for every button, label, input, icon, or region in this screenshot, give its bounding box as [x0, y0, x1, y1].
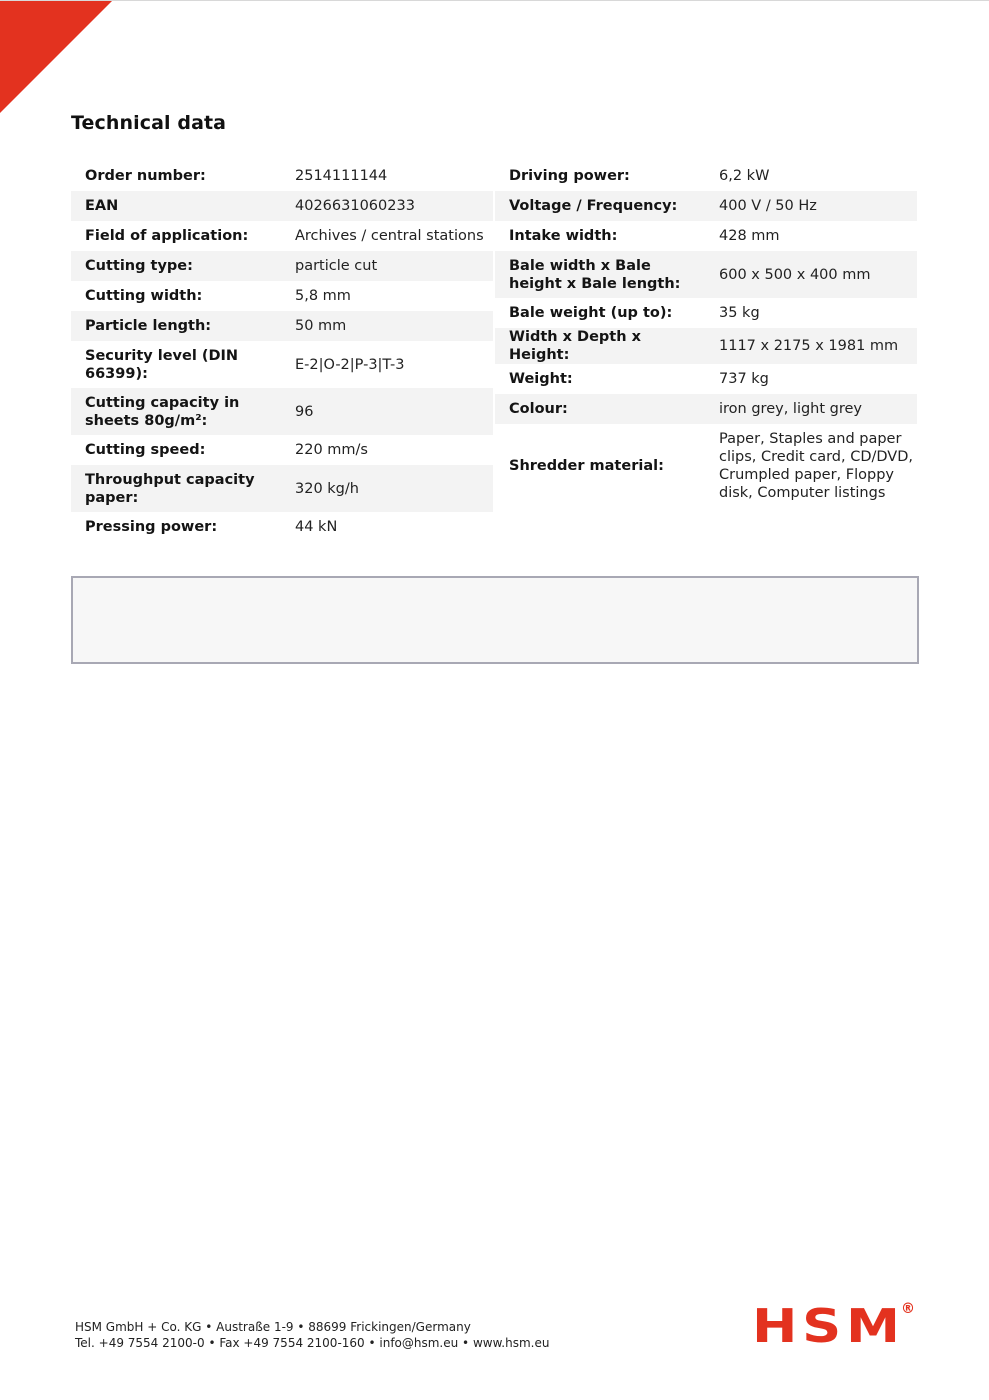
spec-value: Paper, Staples and paper clips, Credit c… [705, 430, 917, 502]
spec-label: Cutting capacity in sheets 80g/m²: [71, 394, 281, 430]
spec-value: 2514111144 [281, 167, 493, 185]
spec-label: EAN [71, 197, 281, 215]
spec-row: Cutting type:particle cut [71, 251, 493, 281]
spec-label: Cutting type: [71, 257, 281, 275]
specs-table-right: Driving power:6,2 kW Voltage / Frequency… [495, 161, 917, 507]
spec-row: Pressing power:44 kN [71, 512, 493, 542]
page-title: Technical data [71, 112, 226, 134]
spec-row: Cutting speed:220 mm/s [71, 435, 493, 465]
spec-value: 50 mm [281, 317, 493, 335]
corner-accent-triangle [0, 1, 112, 113]
spec-row: Driving power:6,2 kW [495, 161, 917, 191]
footer-line-address: HSM GmbH + Co. KG • Austraße 1-9 • 88699… [75, 1320, 549, 1336]
spec-value: 320 kg/h [281, 480, 493, 498]
footer-line-contact: Tel. +49 7554 2100-0 • Fax +49 7554 2100… [75, 1336, 549, 1352]
spec-row: Shredder material:Paper, Staples and pap… [495, 424, 917, 507]
spec-row: Field of application:Archives / central … [71, 221, 493, 251]
spec-label: Particle length: [71, 317, 281, 335]
footer-address: HSM GmbH + Co. KG • Austraße 1-9 • 88699… [75, 1320, 549, 1351]
registered-mark-icon: ® [901, 1301, 915, 1317]
spec-label: Throughput capacity paper: [71, 471, 281, 507]
spec-value: 4026631060233 [281, 197, 493, 215]
spec-row: Cutting capacity in sheets 80g/m²:96 [71, 388, 493, 435]
spec-value: 35 kg [705, 304, 917, 322]
spec-value: 220 mm/s [281, 441, 493, 459]
spec-row: Intake width:428 mm [495, 221, 917, 251]
spec-row: Throughput capacity paper:320 kg/h [71, 465, 493, 512]
spec-label: Weight: [495, 370, 705, 388]
spec-label: Order number: [71, 167, 281, 185]
spec-label: Shredder material: [495, 457, 705, 475]
specs-table-left: Order number:2514111144 EAN4026631060233… [71, 161, 493, 542]
spec-label: Bale weight (up to): [495, 304, 705, 322]
spec-label: Cutting width: [71, 287, 281, 305]
spec-row: Colour:iron grey, light grey [495, 394, 917, 424]
spec-row: EAN4026631060233 [71, 191, 493, 221]
spec-value: 5,8 mm [281, 287, 493, 305]
spec-row: Weight:737 kg [495, 364, 917, 394]
spec-value: particle cut [281, 257, 493, 275]
spec-value: 6,2 kW [705, 167, 917, 185]
spec-value: E-2|O-2|P-3|T-3 [281, 356, 493, 374]
spec-row: Voltage / Frequency:400 V / 50 Hz [495, 191, 917, 221]
spec-value: Archives / central stations [281, 227, 493, 245]
spec-value: 44 kN [281, 518, 493, 536]
spec-value: 96 [281, 403, 493, 421]
notes-box [71, 576, 919, 664]
spec-value: 400 V / 50 Hz [705, 197, 917, 215]
spec-value: 600 x 500 x 400 mm [705, 266, 917, 284]
spec-row: Cutting width:5,8 mm [71, 281, 493, 311]
spec-value: 1117 x 2175 x 1981 mm [705, 337, 917, 355]
spec-label: Voltage / Frequency: [495, 197, 705, 215]
spec-row: Bale weight (up to):35 kg [495, 298, 917, 328]
spec-label: Cutting speed: [71, 441, 281, 459]
spec-row: Bale width x Bale height x Bale length:6… [495, 251, 917, 298]
spec-label: Width x Depth x Height: [495, 328, 705, 364]
spec-label: Driving power: [495, 167, 705, 185]
spec-label: Colour: [495, 400, 705, 418]
spec-row: Order number:2514111144 [71, 161, 493, 191]
spec-value: 428 mm [705, 227, 917, 245]
spec-value: iron grey, light grey [705, 400, 917, 418]
spec-value: 737 kg [705, 370, 917, 388]
spec-row: Width x Depth x Height:1117 x 2175 x 198… [495, 328, 917, 364]
spec-label: Intake width: [495, 227, 705, 245]
spec-label: Bale width x Bale height x Bale length: [495, 257, 705, 293]
spec-label: Pressing power: [71, 518, 281, 536]
spec-row: Particle length:50 mm [71, 311, 493, 341]
spec-label: Field of application: [71, 227, 281, 245]
spec-row: Security level (DIN 66399):E-2|O-2|P-3|T… [71, 341, 493, 388]
spec-label: Security level (DIN 66399): [71, 347, 281, 383]
hsm-logo: HSM [752, 1299, 905, 1353]
